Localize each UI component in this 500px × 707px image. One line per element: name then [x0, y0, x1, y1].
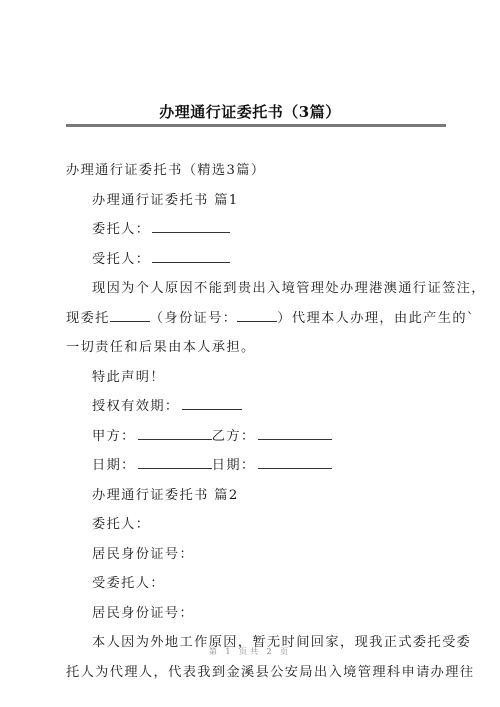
section1-paragraph-line3: 一切责任和后果由本人承担。 [66, 333, 450, 363]
title-divider [66, 124, 446, 127]
date-a-blank [138, 454, 212, 469]
section1-heading: 办理通行证委托书 篇1 [66, 186, 450, 216]
section1-declaration: 特此声明！ [66, 363, 450, 393]
agent-label: 受托人： [92, 252, 150, 267]
party-b-label: 乙方： [212, 429, 256, 444]
section1-agent-row: 受托人： [66, 245, 450, 275]
section2-principal: 委托人： [66, 510, 450, 540]
id-number-blank [237, 307, 277, 322]
section2-agent: 受委托人： [66, 569, 450, 599]
document-title: 办理通行证委托书（3篇） [0, 101, 500, 122]
document-subtitle: 办理通行证委托书（精选3篇） [66, 156, 450, 186]
date-b-label: 日期： [212, 458, 256, 473]
section1-principal-row: 委托人： [66, 215, 450, 245]
party-a-label: 甲方： [92, 429, 136, 444]
section1-validity-row: 授权有效期： [66, 392, 450, 422]
paragraph-text: （身份证号： [150, 311, 238, 326]
section2-principal-id: 居民身份证号： [66, 540, 450, 570]
paragraph-text: 现委托 [66, 311, 110, 326]
section1-paragraph-line1: 现因为个人原因不能到贵出入境管理处办理港澳通行证签注， [66, 274, 450, 304]
date-a-label: 日期： [92, 458, 136, 473]
party-b-blank [258, 425, 332, 440]
agent-blank [152, 248, 230, 263]
document-page: 办理通行证委托书（3篇） 办理通行证委托书（精选3篇） 办理通行证委托书 篇1 … [0, 0, 500, 707]
section1-parties-row: 甲方：乙方： [66, 422, 450, 452]
validity-blank [182, 395, 242, 410]
agent-name-blank [110, 307, 150, 322]
page-footer: 第 1 页共 2 页 [0, 646, 500, 657]
principal-blank [152, 218, 230, 233]
section2-agent-id: 居民身份证号： [66, 599, 450, 629]
section2-heading: 办理通行证委托书 篇2 [66, 481, 450, 511]
validity-label: 授权有效期： [92, 399, 180, 414]
party-a-blank [138, 425, 212, 440]
section2-paragraph-line2: 托人为代理人，代表我到金溪县公安局出入境管理科申请办理往 [66, 658, 450, 688]
paragraph-text: ）代理本人办理，由此产生的` [277, 311, 475, 326]
date-b-blank [258, 454, 332, 469]
section1-paragraph-line2: 现委托（身份证号：）代理本人办理，由此产生的` [66, 304, 450, 334]
document-body: 办理通行证委托书（精选3篇） 办理通行证委托书 篇1 委托人： 受托人： 现因为… [66, 156, 450, 687]
section1-dates-row: 日期：日期： [66, 451, 450, 481]
principal-label: 委托人： [92, 222, 150, 237]
